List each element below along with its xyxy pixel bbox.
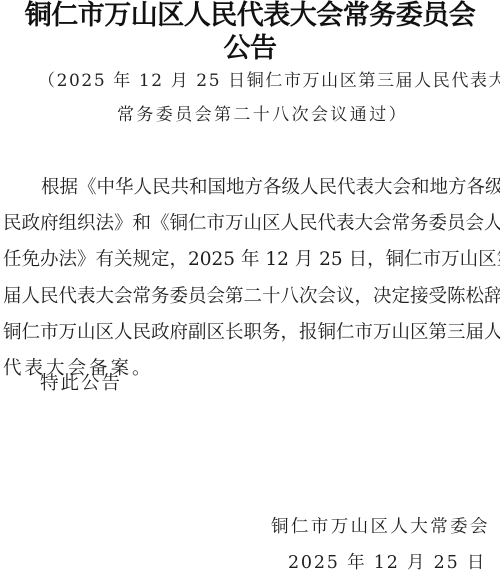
signature-organization: 铜仁市万山区人大常委会 <box>271 513 490 538</box>
document-title-announcement: 公告 <box>0 34 500 64</box>
adoption-note-line-2: 常务委员会第二十八次会议通过） <box>117 104 408 126</box>
body-line: 根据《中华人民共和国地方各级人民代表大会和地方各级人 <box>3 170 497 206</box>
body-line: 民政府组织法》和《铜仁市万山区人民代表大会常务委员会人事 <box>3 206 497 242</box>
body-line: 届人民代表大会常务委员会第二十八次会议，决定接受陈松辞去 <box>3 279 497 315</box>
adoption-note-line-1: （2025 年 12 月 25 日铜仁市万山区第三届人民代表大会 <box>38 70 500 92</box>
body-line: 任免办法》有关规定，2025 年 12 月 25 日，铜仁市万山区第三 <box>3 242 497 278</box>
document-title: 铜仁市万山区人民代表大会常务委员会 <box>0 1 500 31</box>
signature-date: 2025 年 12 月 25 日 <box>288 549 486 574</box>
closing-statement: 特此公告 <box>40 369 122 395</box>
announcement-body: 根据《中华人民共和国地方各级人民代表大会和地方各级人 民政府组织法》和《铜仁市万… <box>3 170 497 387</box>
body-line: 铜仁市万山区人民政府副区长职务，报铜仁市万山区第三届人民 <box>3 315 497 351</box>
